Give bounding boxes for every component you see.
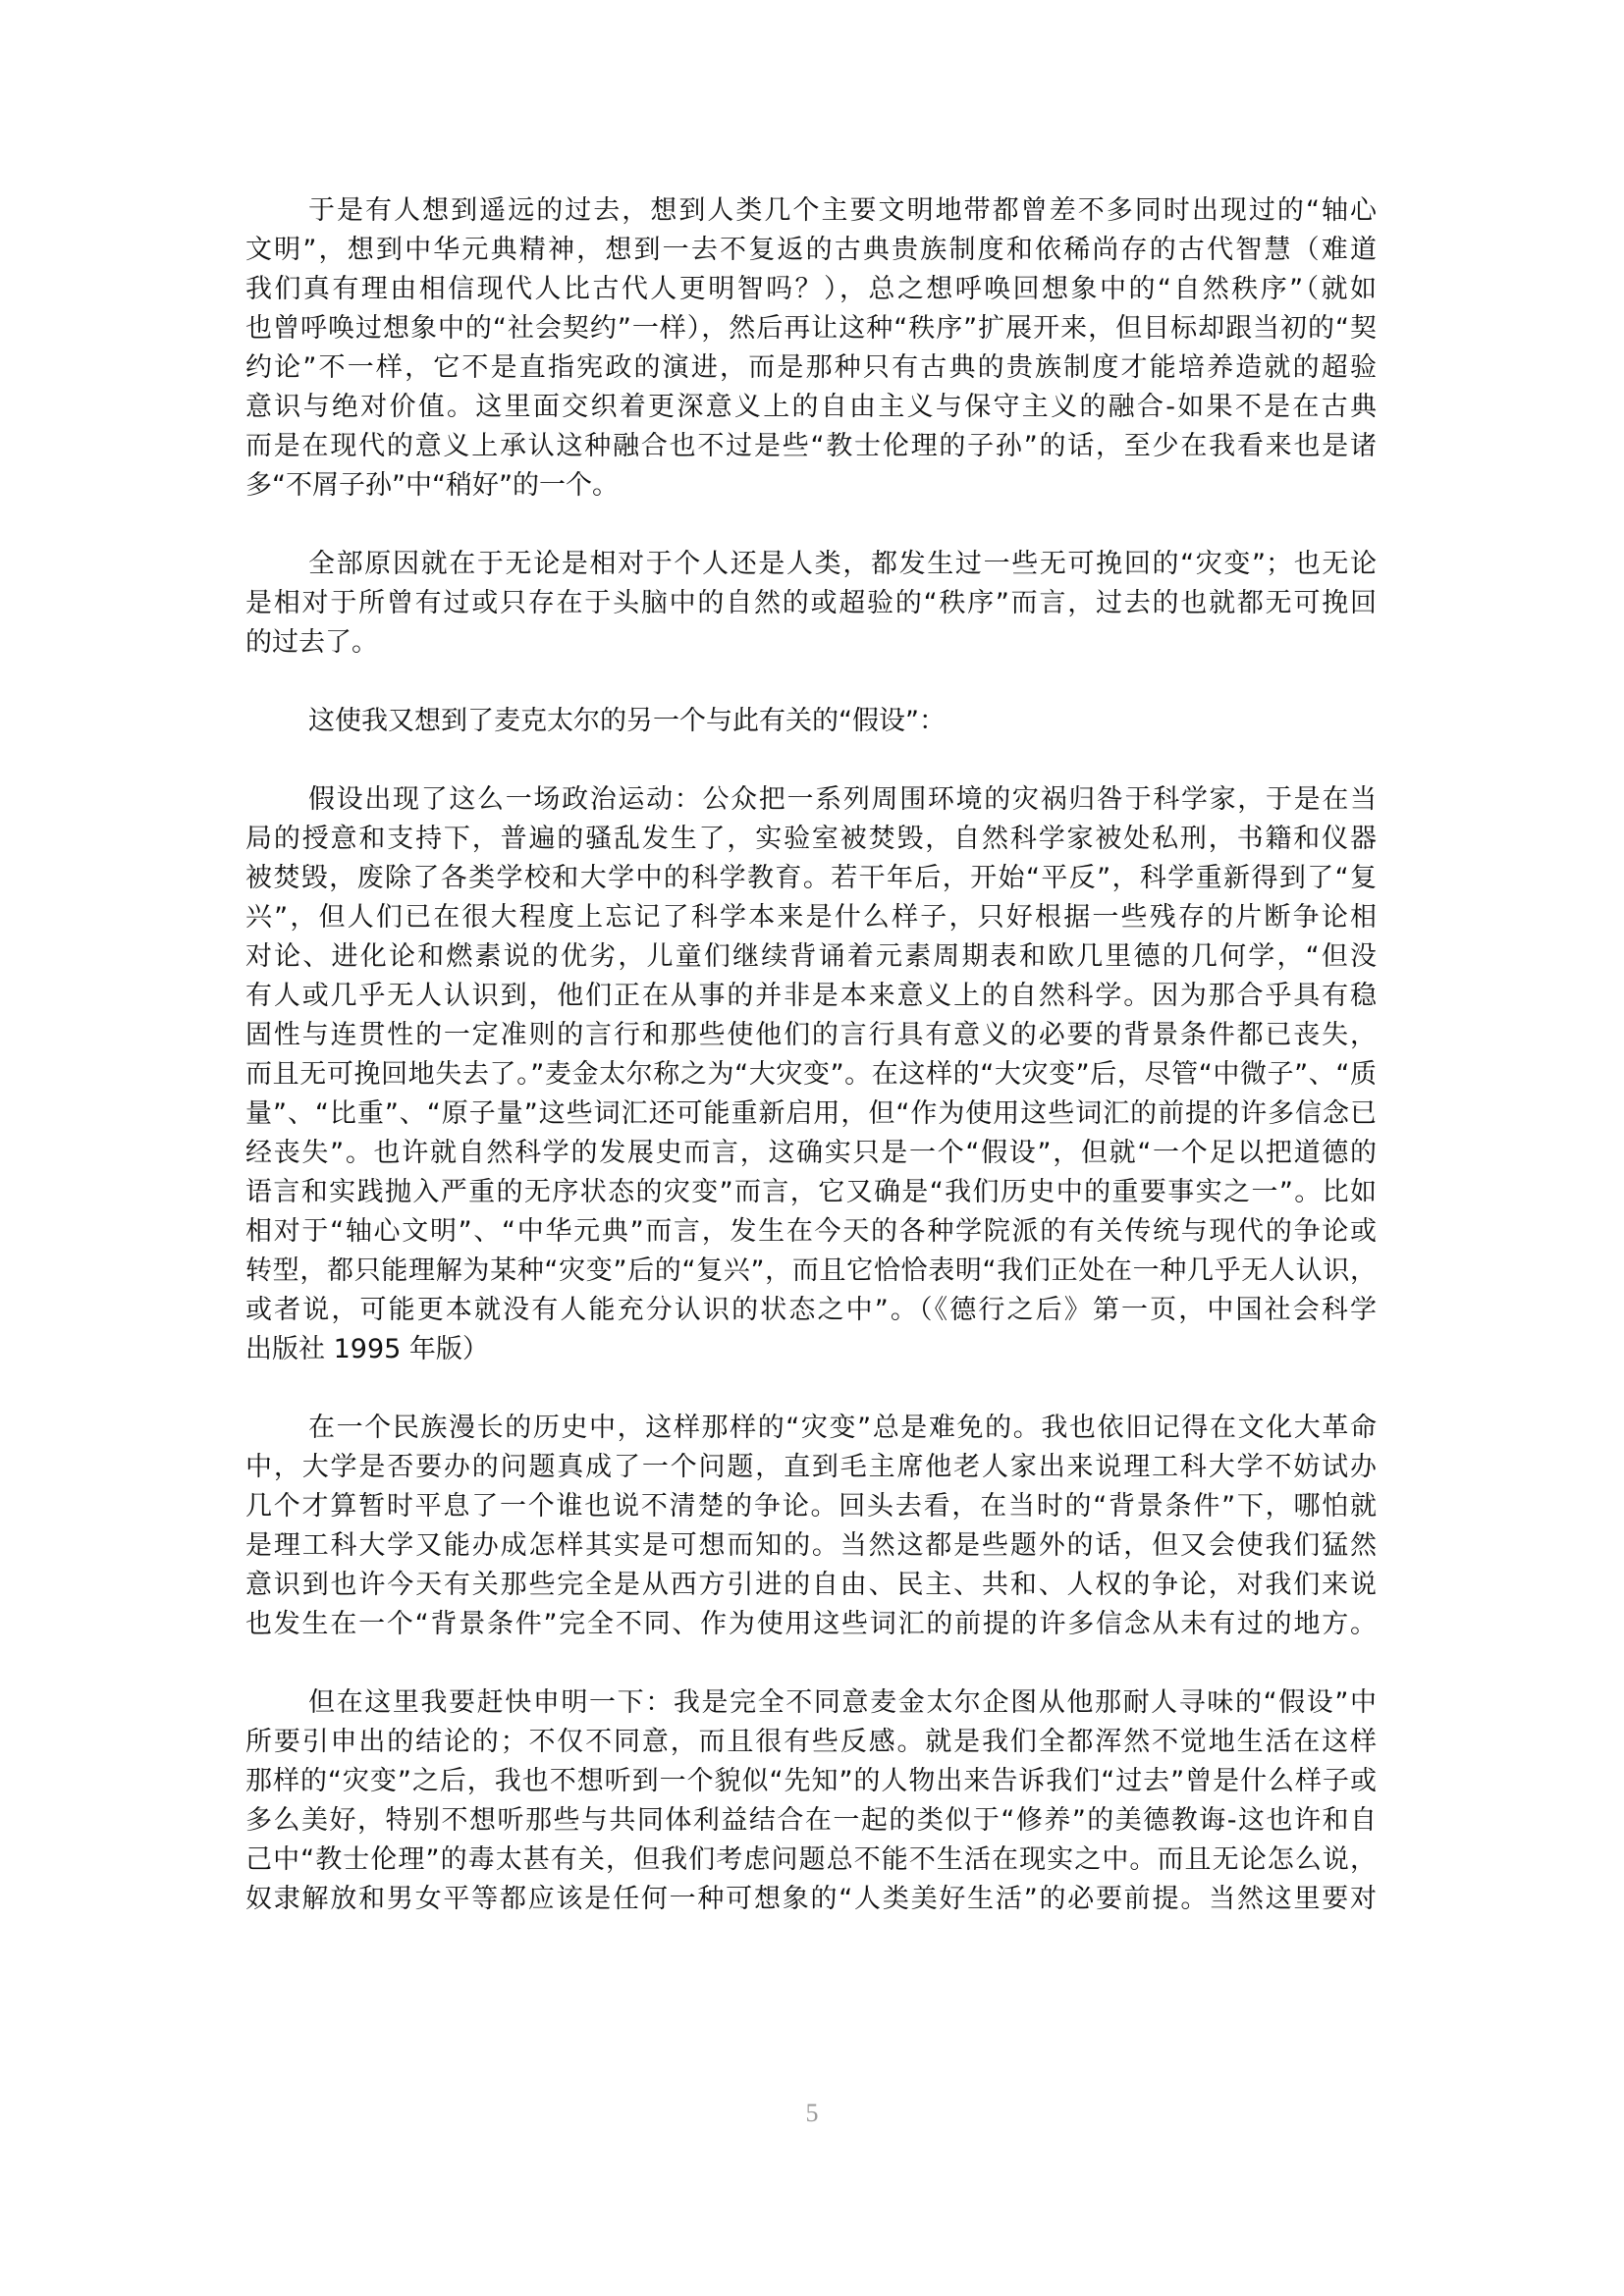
text-line: 多“不屑子孙”中“稍好”的一个。 <box>245 466 1377 506</box>
text-line: 己中“教士伦理”的毒太甚有关，但我们考虑问题总不能不生活在现实之中。而且无论怎么… <box>245 1841 1377 1880</box>
text-line: 是理工科大学又能办成怎样其实是可想而知的。当然这都是些题外的话，但又会使我们猛然 <box>245 1526 1377 1566</box>
text-line: 意识到也许今天有关那些完全是从西方引进的自由、民主、共和、人权的争论，对我们来说 <box>245 1566 1377 1605</box>
text-line: 对论、进化论和燃素说的优劣，儿童们继续背诵着元素周期表和欧几里德的几何学，“但没 <box>245 937 1377 977</box>
text-line: 这使我又想到了麦克太尔的另一个与此有关的“假设”： <box>245 702 1377 741</box>
text-line: 固性与连贯性的一定准则的言行和那些使他们的言行具有意义的必要的背景条件都已丧失， <box>245 1016 1377 1055</box>
text-line: 而且无可挽回地失去了。”麦金太尔称之为“大灾变”。在这样的“大灾变”后，尽管“中… <box>245 1055 1377 1095</box>
paragraph-3: 这使我又想到了麦克太尔的另一个与此有关的“假设”： <box>245 702 1377 741</box>
text-line: 意识与绝对价值。这里面交织着更深意义上的自由主义与保守主义的融合-如果不是在古典 <box>245 388 1377 427</box>
text-line: 量”、“比重”、“原子量”这些词汇还可能重新启用，但“作为使用这些词汇的前提的许… <box>245 1095 1377 1134</box>
paragraph-6: 但在这里我要赶快申明一下：我是完全不同意麦金太尔企图从他那耐人寻味的“假设”中 … <box>245 1683 1377 1919</box>
text-line: 或者说，可能更本就没有人能充分认识的状态之中”。（《德行之后》第一页，中国社会科… <box>245 1291 1377 1330</box>
paragraph-5: 在一个民族漫长的历史中，这样那样的“灾变”总是难免的。我也依旧记得在文化大革命 … <box>245 1409 1377 1644</box>
text-line: 转型，都只能理解为某种“灾变”后的“复兴”，而且它恰恰表明“我们正处在一种几乎无… <box>245 1252 1377 1291</box>
text-line: 几个才算暂时平息了一个谁也说不清楚的争论。回头去看，在当时的“背景条件”下，哪怕… <box>245 1487 1377 1526</box>
document-body: 于是有人想到遥远的过去，想到人类几个主要文明地带都曾差不多同时出现过的“轴心 文… <box>245 191 1377 1958</box>
text-line: 相对于“轴心文明”、“中华元典”而言，发生在今天的各种学院派的有关传统与现代的争… <box>245 1212 1377 1252</box>
text-line: 奴隶解放和男女平等都应该是任何一种可想象的“人类美好生活”的必要前提。当然这里要… <box>245 1880 1377 1919</box>
paragraph-2: 全部原因就在于无论是相对于个人还是人类，都发生过一些无可挽回的“灾变”；也无论 … <box>245 545 1377 663</box>
text-line: 但在这里我要赶快申明一下：我是完全不同意麦金太尔企图从他那耐人寻味的“假设”中 <box>245 1683 1377 1723</box>
text-line: 经丧失”。也许就自然科学的发展史而言，这确实只是一个“假设”，但就“一个足以把道… <box>245 1134 1377 1173</box>
paragraph-1: 于是有人想到遥远的过去，想到人类几个主要文明地带都曾差不多同时出现过的“轴心 文… <box>245 191 1377 506</box>
page-number: 5 <box>0 2099 1624 2128</box>
text-line: 于是有人想到遥远的过去，想到人类几个主要文明地带都曾差不多同时出现过的“轴心 <box>245 191 1377 231</box>
text-line: 中，大学是否要办的问题真成了一个问题，直到毛主席他老人家出来说理工科大学不妨试办 <box>245 1448 1377 1487</box>
text-line: 在一个民族漫长的历史中，这样那样的“灾变”总是难免的。我也依旧记得在文化大革命 <box>245 1409 1377 1448</box>
text-line: 约论”不一样，它不是直指宪政的演进，而是那种只有古典的贵族制度才能培养造就的超验 <box>245 348 1377 388</box>
text-line: 局的授意和支持下，普遍的骚乱发生了，实验室被焚毁，自然科学家被处私刑，书籍和仪器 <box>245 820 1377 859</box>
text-line: 也发生在一个“背景条件”完全不同、作为使用这些词汇的前提的许多信念从未有过的地方… <box>245 1605 1377 1644</box>
text-line: 而是在现代的意义上承认这种融合也不过是些“教士伦理的子孙”的话，至少在我看来也是… <box>245 427 1377 466</box>
text-line: 被焚毁，废除了各类学校和大学中的科学教育。若干年后，开始“平反”，科学重新得到了… <box>245 859 1377 898</box>
text-line: 语言和实践抛入严重的无序状态的灾变”而言，它又确是“我们历史中的重要事实之一”。… <box>245 1173 1377 1212</box>
text-line: 的过去了。 <box>245 623 1377 663</box>
text-line: 所要引申出的结论的；不仅不同意，而且很有些反感。就是我们全都浑然不觉地生活在这样 <box>245 1723 1377 1762</box>
text-line: 那样的“灾变”之后，我也不想听到一个貌似“先知”的人物出来告诉我们“过去”曾是什… <box>245 1762 1377 1801</box>
text-line: 也曾呼唤过想象中的“社会契约”一样），然后再让这种“秩序”扩展开来，但目标却跟当… <box>245 309 1377 348</box>
text-line: 全部原因就在于无论是相对于个人还是人类，都发生过一些无可挽回的“灾变”；也无论 <box>245 545 1377 584</box>
text-line: 出版社 1995 年版） <box>245 1330 1377 1369</box>
text-line: 多么美好，特别不想听那些与共同体利益结合在一起的类似于“修养”的美德教诲-这也许… <box>245 1801 1377 1841</box>
text-line: 有人或几乎无人认识到，他们正在从事的并非是本来意义上的自然科学。因为那合乎具有稳 <box>245 977 1377 1016</box>
text-line: 是相对于所曾有过或只存在于头脑中的自然的或超验的“秩序”而言，过去的也就都无可挽… <box>245 584 1377 623</box>
text-line: 我们真有理由相信现代人比古代人更明智吗？），总之想呼唤回想象中的“自然秩序”（就… <box>245 270 1377 309</box>
text-line: 文明”，想到中华元典精神，想到一去不复返的古典贵族制度和依稀尚存的古代智慧（难道 <box>245 231 1377 270</box>
text-line: 兴”，但人们已在很大程度上忘记了科学本来是什么样子，只好根据一些残存的片断争论相 <box>245 898 1377 937</box>
text-line: 假设出现了这么一场政治运动：公众把一系列周围环境的灾祸归咎于科学家，于是在当 <box>245 780 1377 820</box>
paragraph-4-quote: 假设出现了这么一场政治运动：公众把一系列周围环境的灾祸归咎于科学家，于是在当 局… <box>245 780 1377 1369</box>
